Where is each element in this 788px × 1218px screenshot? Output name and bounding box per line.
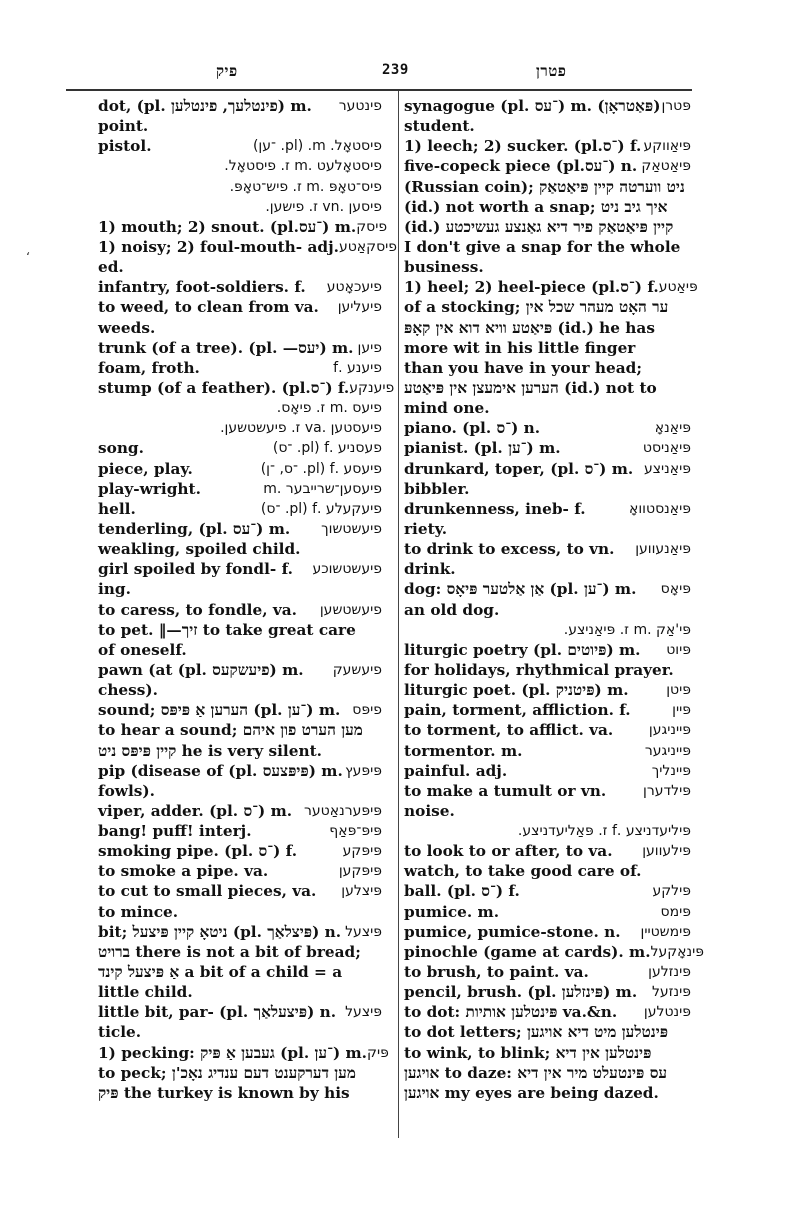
english-gloss: to hear a sound; מען הערט פון איהם (98, 721, 363, 739)
headword: פיעקעלע .f (pl. ־ס) (261, 499, 382, 519)
english-gloss: pawn (at (pl. פיעשקעס) m. (98, 660, 304, 680)
headword: פּיאַנסטוואָ (629, 499, 691, 519)
english-gloss: viper, adder. (pl. ־ס) m. (98, 801, 292, 821)
entry-line: infantry, foot-soldiers. f.פיעכאָטע (98, 277, 382, 297)
headword: פעסניע .f (pl. ־ס) (273, 438, 382, 458)
english-gloss: drunkenness, ineb- f. (404, 499, 586, 519)
english-gloss: bibbler. (404, 480, 469, 498)
entry-line: pumice, pumice-stone. n.פּימשטיין (404, 922, 691, 942)
entry-line: פיעסטען .va ז. פיעשטשען. (98, 418, 382, 438)
headword: פּיפּערנאַטער (304, 801, 382, 821)
entry-line: to hear a sound; מען הערט פון איהם (98, 720, 382, 740)
entry-line: of oneself. (98, 640, 382, 660)
english-gloss: אַ פּיצעל קינד a bit of a child = a (98, 963, 342, 981)
entry-line: to dot: פּינטלען אותיות va.&n.פּינטלען (404, 1002, 691, 1022)
entry-line: dot, (pl. פינטלעך, פינטלען) m.פינטער (98, 96, 382, 116)
english-gloss: mind one. (404, 399, 490, 417)
entry-line: 1) heel; 2) heel-piece (pl.־ס) f.פּיאַטע (404, 277, 691, 297)
entry-line: to caress, to fondle, va.פיעשטשען (98, 600, 382, 620)
entry-line: painful. adj.פּיינליך (404, 761, 691, 781)
entry-line: bibbler. (404, 479, 691, 499)
entry-line: pencil, brush. (pl. פּינזלען) m.פּינזעל (404, 982, 691, 1002)
headword: פּיפּעץ (345, 761, 382, 781)
entry-line: more wit in his little finger (404, 338, 691, 358)
english-gloss: foam, froth. (98, 358, 200, 378)
entry-line: ticle. (98, 1022, 382, 1042)
entry-line: I don't give a snap for the whole (404, 237, 691, 257)
entry-line: an old dog. (404, 600, 691, 620)
english-gloss: piano. (pl. ־ס) n. (404, 418, 540, 438)
headword: פיעכאָטע (327, 277, 382, 297)
entry-line: foam, froth.פיענע .f (98, 358, 382, 378)
english-gloss: הערען אימעצן אין פּיאַטע (id.) not to (404, 379, 657, 397)
english-gloss: trunk (of a tree). (pl. —יעס) m. (98, 338, 354, 358)
english-gloss: אויגען to daze: עס פּינטעלט מיר אין דיא (404, 1064, 667, 1082)
entry-line: liturgic poet. (pl. פּיטניק) m.פּיטן (404, 680, 691, 700)
entry-line: mind one. (404, 398, 691, 418)
entry-line: to drink to excess, to vn.פּיאַנעווען (404, 539, 691, 559)
english-gloss: bang! puff! interj. (98, 821, 252, 841)
english-gloss: to dot: פּינטלען אותיות va.&n. (404, 1002, 617, 1022)
entry-line: tormentor. m.פּייניגער (404, 741, 691, 761)
english-gloss: to torment, to afflict. va. (404, 720, 613, 740)
headword: פּייניגען (649, 720, 691, 740)
entry-line: noise. (404, 801, 691, 821)
headword: פיסטאָל. m. (pl. ־ען) (253, 136, 382, 156)
english-gloss: to brush, to paint. va. (404, 962, 589, 982)
entry-line: stump (of a feather). (pl.־ס) f.פיענקע (98, 378, 382, 398)
headword: פיעס .m ז. פיאָס. (277, 398, 382, 418)
entry-line: piece, play.פיעסע .f (pl. ־ס, ־ן) (98, 459, 382, 479)
english-gloss: tormentor. m. (404, 741, 522, 761)
english-gloss: more wit in his little finger (404, 339, 635, 357)
entry-line: weakling, spoiled child. (98, 539, 382, 559)
entry-line: than you have in your head; (404, 358, 691, 378)
headword: פּינזלען (648, 962, 691, 982)
headword: פּיאָס (661, 579, 691, 599)
entry-line: pinochle (game at cards). m.פּינאָקעל (404, 942, 691, 962)
entry-line: pain, torment, affliction. f.פּיין (404, 700, 691, 720)
entry-line: to dot letters; פּינטלען מיט דיא אויגען (404, 1022, 691, 1042)
entry-line: to make a tumult or vn.פּילדערן (404, 781, 691, 801)
english-gloss: (id.) not worth a snap; איך גיב ניט (404, 198, 668, 216)
entry-line: drunkard, toper, (pl. ־ס) m.פּיאַניצע (404, 459, 691, 479)
english-gloss: point. (98, 117, 148, 135)
english-gloss: synagogue (pl. ־עס) m. (פּאַטראָן) (404, 96, 660, 116)
english-gloss: ball. (pl. ־ס) f. (404, 881, 520, 901)
english-gloss: pain, torment, affliction. f. (404, 700, 631, 720)
entry-line: פיסטאָלעט .m ז. פיסטאָל. (98, 156, 382, 176)
headword: פיענע .f (333, 358, 382, 378)
entry-line: 1) leech; 2) sucker. (pl.־ס) f.פּיאַווקע (404, 136, 691, 156)
entry-line: (id.) קיין פּיאַטאַק פיר דיא גאַנצע געשי… (404, 217, 691, 237)
entry-line: chess). (98, 680, 382, 700)
right-guide-word: פטרן (536, 62, 566, 81)
headword: פּיינליך (652, 761, 691, 781)
english-gloss: drink. (404, 560, 456, 578)
entry-line: little bit, par- (pl. פּיצעלאַך) n.פּיצע… (98, 1002, 382, 1022)
headword: פּיצעל (345, 922, 382, 942)
english-gloss: little bit, par- (pl. פּיצעלאַך) n. (98, 1002, 336, 1022)
english-gloss: pistol. (98, 136, 152, 156)
english-gloss: pumice, pumice-stone. n. (404, 922, 621, 942)
english-gloss: chess). (98, 681, 158, 699)
entry-line: bit; ניטאָ קיין פּיצעל (pl. פּיצלאַך) n.… (98, 922, 382, 942)
english-gloss: pip (disease of (pl. פּיפּצעס) m. (98, 761, 343, 781)
entry-line: for holidays, rhythmical prayer. (404, 660, 691, 680)
english-gloss: ing. (98, 580, 131, 598)
english-gloss: an old dog. (404, 601, 499, 619)
english-gloss: play-wright. (98, 479, 201, 499)
entry-line: pip (disease of (pl. פּיפּצעס) m.פּיפּעץ (98, 761, 382, 781)
entry-line: dog: אַן אַלטער פּיאָס (pl. ־ען) m.פּיאָ… (404, 579, 691, 599)
headword: פּימשטיין (641, 922, 691, 942)
english-gloss: ברויט there is not a bit of bread; (98, 943, 361, 961)
entry-line: to brush, to paint. va.פּינזלען (404, 962, 691, 982)
entry-line: drunkenness, ineb- f.פּיאַנסטוואָ (404, 499, 691, 519)
english-gloss: 1) noisy; 2) foul-mouth- adj. (98, 237, 339, 257)
english-gloss: פּיאַטע וויא דוא אין קאָפּ (id.) he has (404, 319, 655, 337)
entry-line: five-copeck piece (pl.־עס) n.פּיאַטאַק (404, 156, 691, 176)
dictionary-page: פיק 239 פטרן ʻ dot, (pl. פינטלעך, פינטלע… (0, 0, 788, 1218)
headword: פּיק (367, 1043, 389, 1063)
entry-line: אויגען my eyes are being dazed. (404, 1083, 691, 1103)
entry-line: student. (404, 116, 691, 136)
english-gloss: infantry, foot-soldiers. f. (98, 277, 306, 297)
headword: פּיפּ־פּאַף (329, 821, 382, 841)
entry-line: girl spoiled by fondl- f.פיעשטשוכע (98, 559, 382, 579)
left-column: dot, (pl. פינטלעך, פינטלען) m.פינטערpoin… (98, 96, 382, 1103)
headword: פיסטאָלעט .m ז. פיסטאָל. (224, 156, 382, 176)
entry-line: hell.פיעקעלע .f (pl. ־ס) (98, 499, 382, 519)
english-gloss: riety. (404, 520, 447, 538)
headword: פיעשעק (333, 660, 382, 680)
headword: פּיאַטע (659, 277, 698, 297)
headword: פיעשטשוך (321, 519, 382, 539)
entry-line: (id.) not worth a snap; איך גיב ניט (404, 197, 691, 217)
english-gloss: business. (404, 258, 484, 276)
entry-line: song.פעסניע .f (pl. ־ס) (98, 438, 382, 458)
entry-line: פּיק the turkey is known by his (98, 1083, 382, 1103)
english-gloss: ticle. (98, 1023, 141, 1041)
headword: פּייניגער (645, 741, 691, 761)
entry-line: sound; הערען אַ פּיפּס (pl. ־ען) m.פיפּס (98, 700, 382, 720)
english-gloss: dog: אַן אַלטער פּיאָס (pl. ־ען) m. (404, 579, 636, 599)
english-gloss: dot, (pl. פינטלעך, פינטלען) m. (98, 96, 312, 116)
english-gloss: pencil, brush. (pl. פּינזלען) m. (404, 982, 637, 1002)
entry-line: אַ פּיצעל קינד a bit of a child = a (98, 962, 382, 982)
headword: פּימס (661, 902, 691, 922)
english-gloss: to smoke a pipe. va. (98, 861, 268, 881)
entry-line: business. (404, 257, 691, 277)
english-gloss: watch, to take good care of. (404, 862, 642, 880)
entry-line: to look to or after, to va.פּילעווען (404, 841, 691, 861)
headword: פיס־טאָפּ .m ז. פיש־טאָפּ. (230, 177, 382, 197)
entry-line: trunk (of a tree). (pl. —יעס) m.פיען (98, 338, 382, 358)
entry-line: pawn (at (pl. פיעשקעס) m.פיעשעק (98, 660, 382, 680)
headword: פּילדערן (643, 781, 691, 801)
entry-line: to smoke a pipe. va.פּיפּקען (98, 861, 382, 881)
headword: פיעסטען .va ז. פיעשטשען. (220, 418, 382, 438)
english-gloss: girl spoiled by fondl- f. (98, 559, 293, 579)
entry-line: אויגען to daze: עס פּינטעלט מיר אין דיא (404, 1063, 691, 1083)
entry-line: weeds. (98, 318, 382, 338)
english-gloss: פּיק the turkey is known by his (98, 1084, 350, 1102)
english-gloss: drunkard, toper, (pl. ־ס) m. (404, 459, 633, 479)
english-gloss: to peck; מען דערקענט דעם ענדיג נאָכ'ן (98, 1064, 356, 1082)
english-gloss: weakling, spoiled child. (98, 540, 300, 558)
headword: פּיאַנעווען (635, 539, 691, 559)
entry-line: ing. (98, 579, 382, 599)
right-column: synagogue (pl. ־עס) m. (פּאַטראָן)פּטרןs… (404, 96, 691, 1103)
english-gloss: 1) mouth; 2) snout. (pl.־עס) m. (98, 217, 356, 237)
english-gloss: smoking pipe. (pl. ־ס) f. (98, 841, 297, 861)
entry-line: to mince. (98, 902, 382, 922)
english-gloss: tenderling, (pl. ־עס) m. (98, 519, 290, 539)
english-gloss: קיין פּיפּס ניט he is very silent. (98, 742, 322, 760)
english-gloss: to weed, to clean from va. (98, 297, 319, 317)
english-gloss: liturgic poetry (pl. פּיוטים) m. (404, 640, 641, 660)
headword: פּינטלען (644, 1002, 691, 1022)
english-gloss: to dot letters; פּינטלען מיט דיא אויגען (404, 1023, 668, 1041)
entry-line: פיעס .m ז. פיאָס. (98, 398, 382, 418)
headword: פינטער (339, 96, 382, 116)
english-gloss: painful. adj. (404, 761, 507, 781)
entry-line: liturgic poetry (pl. פּיוטים) m.פּיוט (404, 640, 691, 660)
english-gloss: liturgic poet. (pl. פּיטניק) m. (404, 680, 629, 700)
english-gloss: pianist. (pl. ־ען) m. (404, 438, 561, 458)
english-gloss: piece, play. (98, 459, 193, 479)
english-gloss: five-copeck piece (pl.־עס) n. (404, 156, 637, 176)
entry-line: bang! puff! interj.פּיפּ־פּאַף (98, 821, 382, 841)
headword: פּינזעל (652, 982, 691, 1002)
entry-line: 1) noisy; 2) foul-mouth- adj.פיסקאַטע (98, 237, 382, 257)
english-gloss: to wink, to blink; פּינטלען אין דיא (404, 1044, 651, 1062)
english-gloss: for holidays, rhythmical prayer. (404, 661, 674, 679)
headword: פיעליען (338, 297, 382, 317)
entry-line: to torment, to afflict. va.פּייניגען (404, 720, 691, 740)
english-gloss: pumice. m. (404, 902, 499, 922)
headword: פּיאַנאָ (655, 418, 691, 438)
entry-line: little child. (98, 982, 382, 1002)
english-gloss: stump (of a feather). (pl.־ס) f. (98, 378, 349, 398)
headword: פּיטן (666, 680, 691, 700)
header-rule (66, 89, 692, 91)
entry-line: play-wright.פיעסען־שרייבער .m (98, 479, 382, 499)
headword: פּיפּקען (339, 861, 382, 881)
english-gloss: weeds. (98, 319, 155, 337)
headword: פיענקע (349, 378, 394, 398)
entry-line: pianist. (pl. ־ען) m.פּיאַניסט (404, 438, 691, 458)
entry-line: 1) pecking: געבען אַ פּיק (pl. ־ען) m.פּ… (98, 1043, 382, 1063)
entry-line: to cut to small pieces, va.פּיצלען (98, 881, 382, 901)
headword: פיען (358, 338, 382, 358)
headword: פּיאַניצע (644, 459, 691, 479)
entry-line: smoking pipe. (pl. ־ס) f.פּיפּקע (98, 841, 382, 861)
entry-line: of a stocking; ער האָט מעהר שכל אין (404, 297, 691, 317)
headword: פיעשטשען (320, 600, 382, 620)
headword: פּטרן (661, 96, 691, 116)
headword: פּיאַווקע (643, 136, 691, 156)
entry-line: פיס־טאָפּ .m ז. פיש־טאָפּ. (98, 177, 382, 197)
headword: פּינאָקעל (651, 942, 705, 962)
entry-line: פיסען .vn ז. פישען. (98, 197, 382, 217)
english-gloss: (Russian coin); ניט ווערטה קיין פּיאַטאַ… (404, 178, 685, 196)
entry-line: ed. (98, 257, 382, 277)
headword: פיעשטשוכע (312, 559, 382, 579)
english-gloss: 1) leech; 2) sucker. (pl.־ס) f. (404, 136, 641, 156)
entry-line: pistol.פיסטאָל. m. (pl. ־ען) (98, 136, 382, 156)
english-gloss: אויגען my eyes are being dazed. (404, 1084, 659, 1102)
left-guide-word: פיק (216, 62, 238, 81)
headword: פּיצלען (341, 881, 382, 901)
entry-line: tenderling, (pl. ־עס) m.פיעשטשוך (98, 519, 382, 539)
entry-line: to peck; מען דערקענט דעם ענדיג נאָכ'ן (98, 1063, 382, 1083)
english-gloss: sound; הערען אַ פּיפּס (pl. ־ען) m. (98, 700, 340, 720)
entry-line: point. (98, 116, 382, 136)
page-header: פיק 239 פטרן (66, 62, 730, 84)
headword: פּילקע (652, 881, 691, 901)
headword: פּיליעדניצע .f ז. פּאַליעדניצע. (518, 821, 691, 841)
english-gloss: noise. (404, 802, 455, 820)
headword: פּי'אַק .m ז. פּיאַניצע. (564, 620, 691, 640)
entry-line: piano. (pl. ־ס) n.פּיאַנאָ (404, 418, 691, 438)
entry-line: synagogue (pl. ־עס) m. (פּאַטראָן)פּטרן (404, 96, 691, 116)
entry-line: ברויט there is not a bit of bread; (98, 942, 382, 962)
headword: פּילעווען (642, 841, 691, 861)
english-gloss: I don't give a snap for the whole (404, 238, 680, 256)
english-gloss: bit; ניטאָ קיין פּיצעל (pl. פּיצלאַך) n. (98, 922, 341, 942)
english-gloss: fowls). (98, 782, 155, 800)
headword: פּיאַניסט (643, 438, 691, 458)
entry-line: פּיליעדניצע .f ז. פּאַליעדניצע. (404, 821, 691, 841)
entry-line: viper, adder. (pl. ־ס) m.פּיפּערנאַטער (98, 801, 382, 821)
headword: פּיוט (666, 640, 691, 660)
headword: פּיצעל (345, 1002, 382, 1022)
english-gloss: little child. (98, 983, 193, 1001)
entry-line: (Russian coin); ניט ווערטה קיין פּיאַטאַ… (404, 177, 691, 197)
english-gloss: ed. (98, 258, 124, 276)
entry-line: riety. (404, 519, 691, 539)
english-gloss: to cut to small pieces, va. (98, 881, 316, 901)
column-divider (398, 91, 399, 1138)
headword: פּיפּקע (343, 841, 382, 861)
headword: פיפּס (352, 700, 382, 720)
entry-line: to weed, to clean from va.פיעליען (98, 297, 382, 317)
page-number: 239 (382, 62, 409, 78)
english-gloss: pinochle (game at cards). m. (404, 942, 651, 962)
english-gloss: to caress, to fondle, va. (98, 600, 297, 620)
english-gloss: than you have in your head; (404, 359, 642, 377)
english-gloss: to make a tumult or vn. (404, 781, 606, 801)
english-gloss: of a stocking; ער האָט מעהר שכל אין (404, 298, 668, 316)
english-gloss: to mince. (98, 903, 178, 921)
entry-line: drink. (404, 559, 691, 579)
english-gloss: to pet. ‖—זיך to take great care (98, 621, 356, 639)
entry-line: 1) mouth; 2) snout. (pl.־עס) m.פיסק (98, 217, 382, 237)
english-gloss: student. (404, 117, 475, 135)
english-gloss: (id.) קיין פּיאַטאַק פיר דיא גאַנצע געשי… (404, 218, 673, 236)
entry-line: pumice. m.פּימס (404, 902, 691, 922)
headword: פיעסען־שרייבער .m (263, 479, 382, 499)
english-gloss: of oneself. (98, 641, 187, 659)
entry-line: פּיאַטע וויא דוא אין קאָפּ (id.) he has (404, 318, 691, 338)
entry-line: to pet. ‖—זיך to take great care (98, 620, 382, 640)
entry-line: פּי'אַק .m ז. פּיאַניצע. (404, 620, 691, 640)
english-gloss: 1) pecking: געבען אַ פּיק (pl. ־ען) m. (98, 1043, 367, 1063)
english-gloss: hell. (98, 499, 136, 519)
english-gloss: 1) heel; 2) heel-piece (pl.־ס) f. (404, 277, 659, 297)
entry-line: ball. (pl. ־ס) f.פּילקע (404, 881, 691, 901)
headword: פיסקאַטע (339, 237, 397, 257)
headword: פיסען .vn ז. פישען. (265, 197, 382, 217)
headword: פיסק (356, 217, 387, 237)
entry-line: to wink, to blink; פּינטלען אין דיא (404, 1043, 691, 1063)
stray-mark: ʻ (26, 250, 30, 264)
entry-line: watch, to take good care of. (404, 861, 691, 881)
entry-line: fowls). (98, 781, 382, 801)
english-gloss: to look to or after, to va. (404, 841, 613, 861)
entry-line: קיין פּיפּס ניט he is very silent. (98, 741, 382, 761)
entry-line: הערען אימעצן אין פּיאַטע (id.) not to (404, 378, 691, 398)
english-gloss: to drink to excess, to vn. (404, 539, 615, 559)
headword: פּיאַטאַק (641, 156, 691, 176)
headword: פּיין (672, 700, 691, 720)
english-gloss: song. (98, 438, 144, 458)
headword: פיעסע .f (pl. ־ס, ־ן) (261, 459, 382, 479)
